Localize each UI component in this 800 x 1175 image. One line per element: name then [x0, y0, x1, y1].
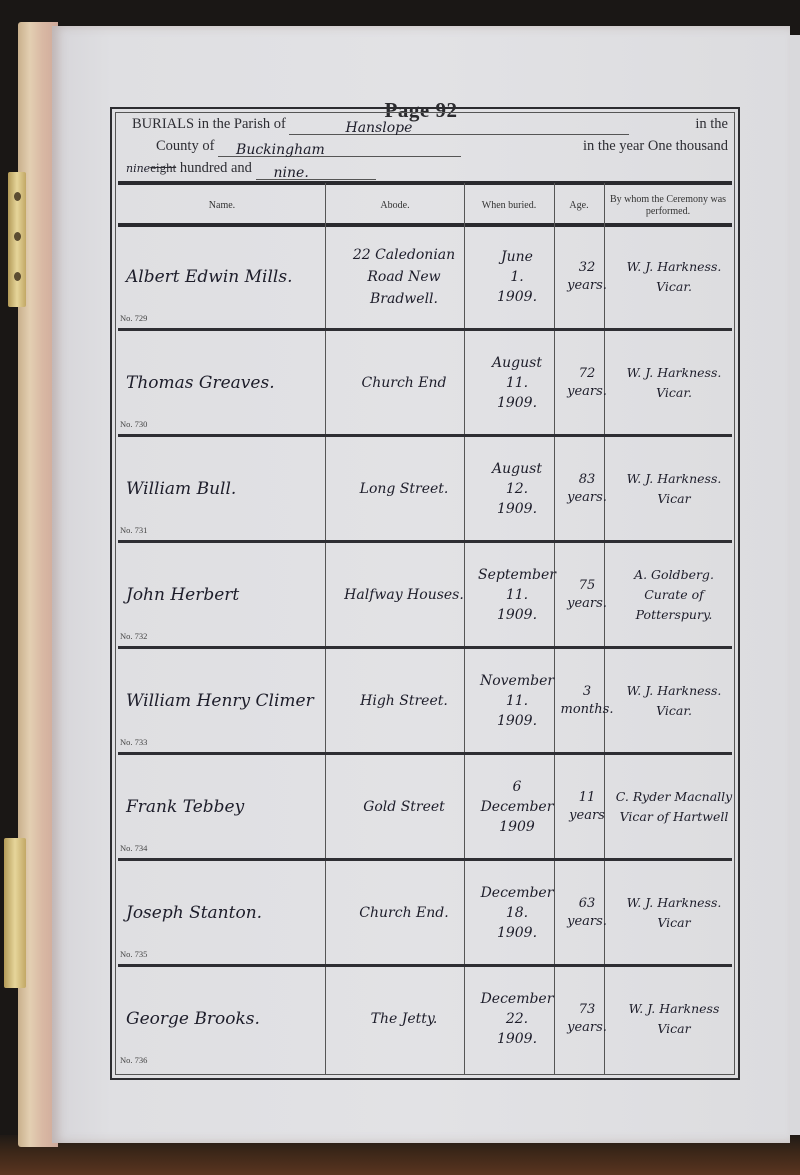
entry-name: William Henry Climer	[126, 651, 322, 751]
entry-name: Albert Edwin Mills.	[126, 227, 322, 327]
entry-officiant: W. J. Harkness.Vicar.	[612, 333, 736, 433]
entry-abode: Long Street.	[336, 439, 472, 539]
register-entry: William Henry Climer High Street. Novemb…	[118, 651, 732, 755]
column-header-name: Name.	[120, 187, 324, 225]
entry-when-buried: August11.1909.	[472, 333, 562, 433]
heading-burials-label: BURIALS in the Parish of	[132, 116, 286, 132]
column-header-age: Age.	[554, 187, 604, 225]
entry-number: No. 734	[120, 843, 147, 853]
heading-hundred-and: hundred and	[180, 160, 252, 176]
register-entry: John Herbert Halfway Houses. September11…	[118, 545, 732, 649]
register-entry: George Brooks. The Jetty. December22.190…	[118, 969, 732, 1073]
entry-number: No. 733	[120, 737, 147, 747]
entry-abode: Church End.	[336, 863, 472, 963]
entry-abode: Halfway Houses.	[336, 545, 472, 645]
entry-when-buried: November11.1909.	[472, 651, 562, 751]
entry-rule	[118, 540, 732, 543]
entry-number: No. 731	[120, 525, 147, 535]
entry-officiant: A. Goldberg.Curate of Potterspury.	[612, 545, 736, 645]
entry-age: 63years.	[562, 863, 612, 963]
entry-name: George Brooks.	[126, 969, 322, 1069]
entry-officiant: W. J. Harkness.Vicar	[612, 863, 736, 963]
register-entry: Thomas Greaves. Church End August11.1909…	[118, 333, 732, 437]
century-correction: nine	[126, 162, 150, 175]
binding-tape-bottom	[4, 838, 26, 988]
heading-rule	[118, 181, 732, 185]
county-value: Buckingham	[236, 142, 325, 158]
entry-number: No. 729	[120, 313, 147, 323]
parish-value: Hanslope	[307, 120, 412, 136]
entry-abode: Gold Street	[336, 757, 472, 857]
entry-rule	[118, 858, 732, 861]
entry-when-buried: September11.1909.	[472, 545, 562, 645]
entry-name: William Bull.	[126, 439, 322, 539]
register-entry: Frank Tebbey Gold Street 6December1909 1…	[118, 757, 732, 861]
entry-age: 32years.	[562, 227, 612, 327]
entry-rule	[118, 752, 732, 755]
heading-in-the: in the	[695, 113, 728, 135]
year-value: nine.	[274, 165, 309, 181]
heading-year-label: in the year One thousand	[583, 135, 728, 157]
entry-age: 75years.	[562, 545, 612, 645]
entry-name: John Herbert	[126, 545, 322, 645]
register-heading: BURIALS in the Parish of Hanslope in the…	[126, 113, 728, 183]
entry-abode: The Jetty.	[336, 969, 472, 1069]
entry-abode: High Street.	[336, 651, 472, 751]
column-header-by-whom: By whom the Ceremony was performed.	[604, 187, 732, 225]
entry-when-buried: December22.1909.	[472, 969, 562, 1069]
entry-number: No. 730	[120, 419, 147, 429]
entry-officiant: C. Ryder MacnallyVicar of Hartwell	[612, 757, 736, 857]
register-entry: Joseph Stanton. Church End. December18.1…	[118, 863, 732, 967]
entry-abode: 22 Caledonian Road New Bradwell.	[336, 227, 472, 327]
entry-age: 72years.	[562, 333, 612, 433]
entry-rule	[118, 328, 732, 331]
entry-age: 73years.	[562, 969, 612, 1069]
register-entry: Albert Edwin Mills. 22 Caledonian Road N…	[118, 227, 732, 331]
entry-age: 11years	[562, 757, 612, 857]
county-field: Buckingham	[218, 139, 461, 157]
entry-name: Frank Tebbey	[126, 757, 322, 857]
entry-age: 3months.	[562, 651, 612, 751]
entry-number: No. 735	[120, 949, 147, 959]
entry-when-buried: 6December1909	[472, 757, 562, 857]
entry-officiant: W. J. Harkness.Vicar	[612, 439, 736, 539]
entry-when-buried: December18.1909.	[472, 863, 562, 963]
entry-name: Joseph Stanton.	[126, 863, 322, 963]
year-field: nine.	[256, 162, 376, 180]
entry-officiant: W. J. Harkness.Vicar.	[612, 227, 736, 327]
column-header-when-buried: When buried.	[464, 187, 554, 225]
entry-officiant: W. J. Harkness.Vicar.	[612, 651, 736, 751]
entry-when-buried: June1.1909.	[472, 227, 562, 327]
entry-rule	[118, 964, 732, 967]
parish-field: Hanslope	[289, 117, 629, 135]
register-entry: William Bull. Long Street. August12.1909…	[118, 439, 732, 543]
entry-name: Thomas Greaves.	[126, 333, 322, 433]
column-header-abode: Abode.	[326, 187, 464, 225]
entry-when-buried: August12.1909.	[472, 439, 562, 539]
entry-rule	[118, 646, 732, 649]
heading-county-label: County of	[156, 138, 214, 154]
entry-officiant: W. J. HarknessVicar	[612, 969, 736, 1069]
century-struck: eight	[150, 160, 176, 175]
burial-register-table: BURIALS in the Parish of Hanslope in the…	[110, 107, 740, 1080]
entry-abode: Church End	[336, 333, 472, 433]
entry-rule	[118, 434, 732, 437]
entry-number: No. 732	[120, 631, 147, 641]
entry-age: 83years.	[562, 439, 612, 539]
entry-number: No. 736	[120, 1055, 147, 1065]
binding-tape-top	[8, 172, 26, 307]
